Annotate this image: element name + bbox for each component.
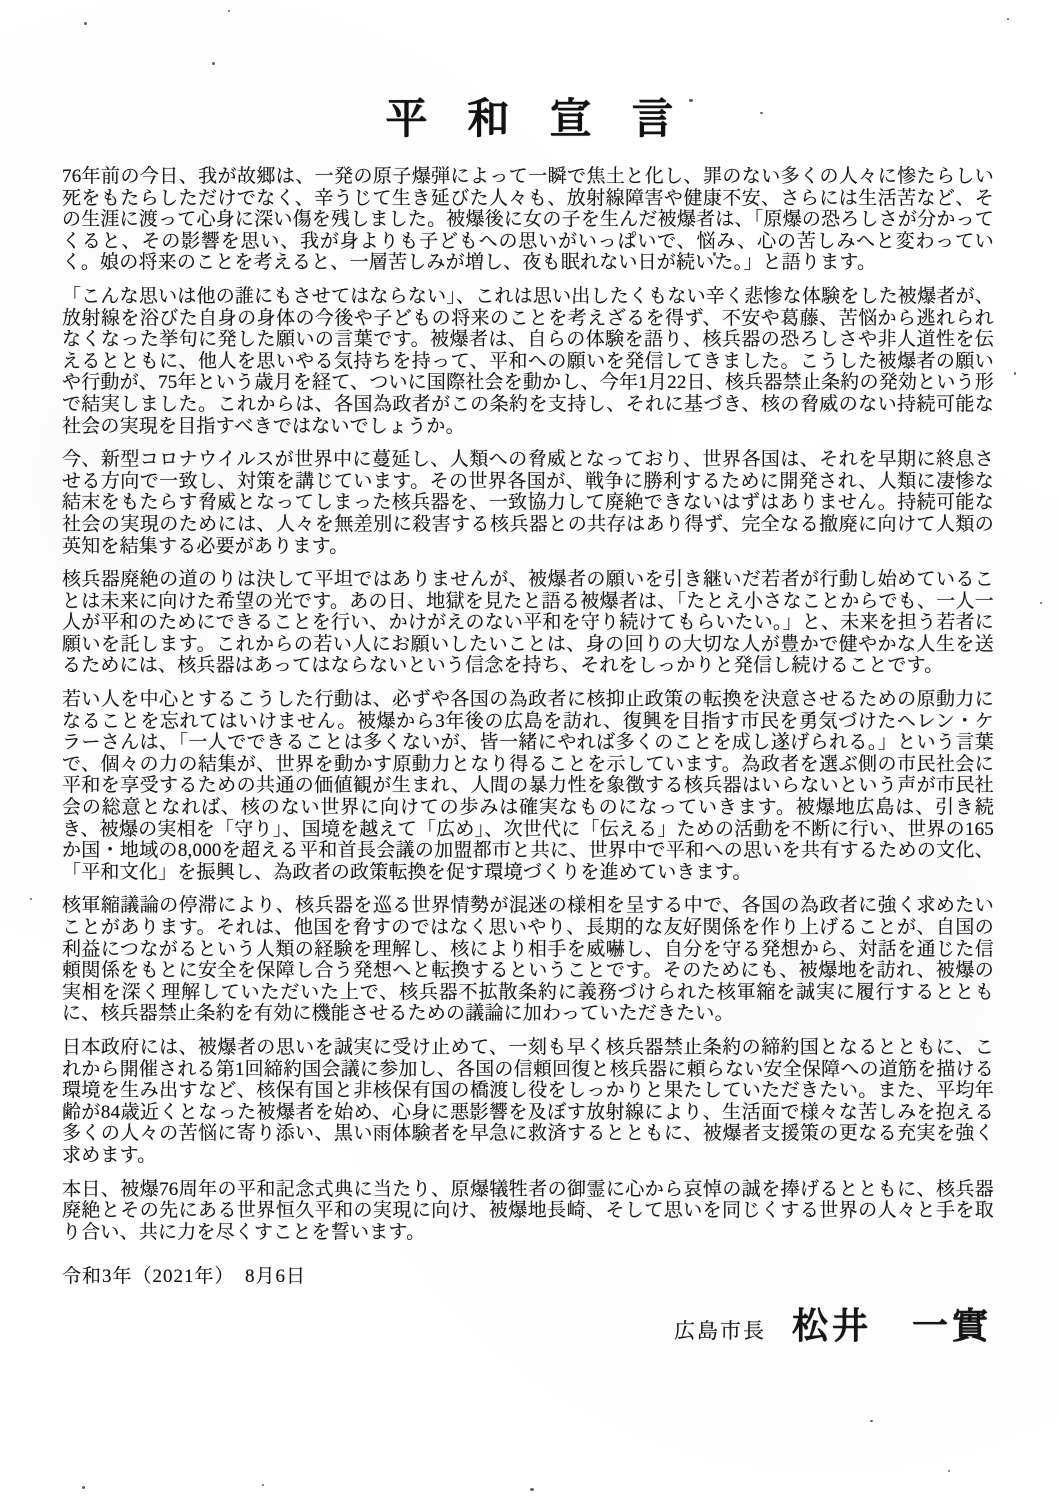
paragraph-5: 若い人を中心とするこうした行動は、必ずや各国の為政者に核抑止政策の転換を決意させ…: [62, 689, 994, 883]
signature-block: 広島市長松井 一實: [62, 1298, 994, 1349]
scan-speck: [870, 1420, 873, 1422]
paragraph-4: 核兵器廃絶の道のりは決して平坦ではありませんが、被爆者の願いを引き継いだ若者が行…: [62, 569, 994, 677]
scan-speck: [262, 1484, 264, 1486]
paragraph-3: 今、新型コロナウイルスが世界中に蔓延し、人類への脅威となっており、世界各国は、そ…: [62, 449, 994, 557]
signature-role: 広島市長: [674, 1319, 766, 1343]
document-title: 平和宣言: [0, 0, 1059, 146]
paragraph-7: 日本政府には、被爆者の思いを誠実に受け止めて、一刻も早く核兵器禁止条約の締約国と…: [62, 1037, 994, 1167]
scan-speck: [82, 1486, 85, 1489]
scan-speck: [30, 898, 32, 900]
scan-speck: [1014, 372, 1016, 375]
document-date: 令和3年（2021年） 8月6日: [62, 1261, 994, 1288]
paragraph-8: 本日、被爆76周年の平和記念式典に当たり、原爆犠牲者の御霊に心から哀悼の誠を捧げ…: [62, 1179, 994, 1244]
paragraph-6: 核軍縮議論の停滞により、核兵器を巡る世界情勢が混迷の様相を呈する中で、各国の為政…: [62, 895, 994, 1025]
paragraph-1: 76年前の今日、我が故郷は、一発の原子爆弾によって一瞬で焦土と化し、罪のない多く…: [62, 166, 994, 274]
scan-speck: [530, 1488, 534, 1491]
scan-speck: [948, 1470, 950, 1472]
scanned-document-page: 平和宣言 76年前の今日、我が故郷は、一発の原子爆弾によって一瞬で焦土と化し、罪…: [0, 0, 1059, 1498]
signature-name: 松井 一實: [792, 1306, 992, 1346]
document-body: 76年前の今日、我が故郷は、一発の原子爆弾によって一瞬で焦土と化し、罪のない多く…: [62, 166, 994, 1349]
scan-speck: [1040, 602, 1042, 604]
paragraph-2: 「こんな思いは他の誰にもさせてはならない」、これは思い出したくもない辛く悲惨な体…: [62, 286, 994, 437]
